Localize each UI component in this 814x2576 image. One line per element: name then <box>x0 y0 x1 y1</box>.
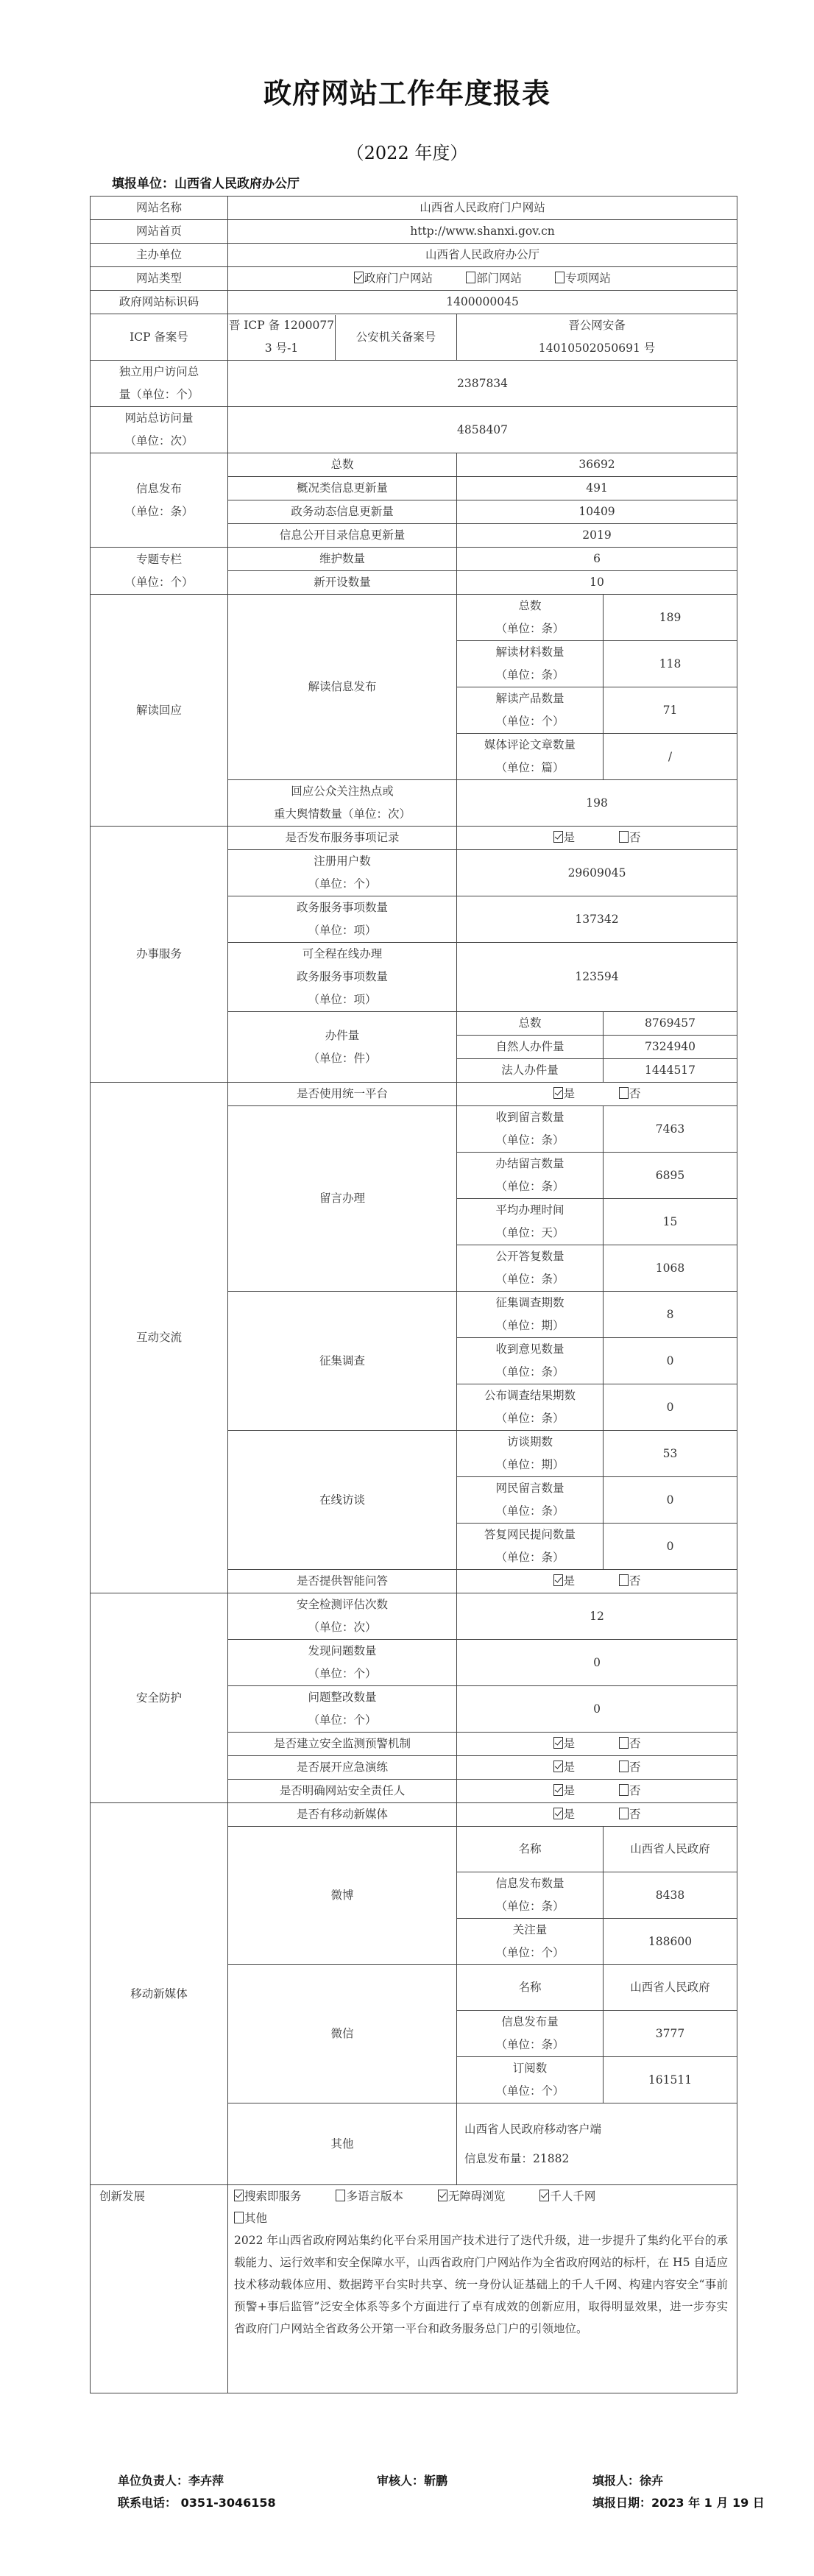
label-line1: 可全程在线办理 <box>231 943 453 966</box>
special-row-label: 维护数量 <box>228 548 457 571</box>
checkbox-empty-icon[interactable] <box>619 1737 629 1749</box>
online-value: 123594 <box>457 943 737 1012</box>
label-line2: （单位：个） <box>460 2080 600 2103</box>
checkbox-checked-icon[interactable] <box>539 2190 549 2201</box>
interview-row-label: 访谈期数（单位：期） <box>457 1431 604 1477</box>
police-value: 晋公网安备 14010502050691 号 <box>457 314 737 361</box>
interp-row-value: 189 <box>604 595 737 641</box>
option-yes[interactable]: 是 <box>553 1756 576 1779</box>
interview-row-value: 53 <box>604 1431 737 1477</box>
label-line1: 答复网民提问数量 <box>460 1524 600 1546</box>
label-line2: （单位：个） <box>231 1663 453 1685</box>
messages-row-label: 收到留言数量（单位：条） <box>457 1106 604 1153</box>
security-row-value: 0 <box>457 1640 737 1686</box>
footer-reviewer: 审核人：靳鹏 <box>377 2471 447 2488</box>
other-media-count: 信息发布量：21882 <box>464 2144 734 2173</box>
special-columns-label: 专题专栏（单位：个） <box>91 548 228 595</box>
interview-row-label: 网民留言数量（单位：条） <box>457 1477 604 1524</box>
footer-phone: 联系电话： 0351-3046158 <box>118 2494 276 2510</box>
response-value: 198 <box>457 780 737 827</box>
label-line2: （单位：期） <box>460 1314 600 1337</box>
label-line1: 公布调查结果期数 <box>460 1384 600 1407</box>
label-line2: （单位：期） <box>460 1454 600 1476</box>
label-line2: （单位：天） <box>460 1222 600 1245</box>
publish-record-options: 是否 <box>457 827 737 850</box>
checkbox-empty-icon[interactable] <box>619 1808 629 1819</box>
info-row-value: 36692 <box>457 453 737 477</box>
pv-label-line1: 网站总访问量 <box>93 407 224 430</box>
wechat-label: 微信 <box>228 1965 457 2103</box>
label-line2: （单位：条） <box>460 2034 600 2056</box>
label-line2: 政务服务事项数量 <box>231 966 453 988</box>
site-type-options: 政府门户网站 部门网站 专项网站 <box>228 267 737 291</box>
option-yes[interactable]: 是 <box>553 1803 576 1826</box>
label-line1: 问题整改数量 <box>231 1686 453 1709</box>
label-line1: 发现问题数量 <box>231 1640 453 1663</box>
innovation-label: 创新发展 <box>91 2185 228 2393</box>
option-no[interactable]: 否 <box>619 1780 641 1802</box>
checkbox-empty-icon[interactable] <box>619 1087 629 1099</box>
police-line2: 14010502050691 号 <box>460 337 734 360</box>
other-media-value: 山西省人民政府移动客户端 信息发布量：21882 <box>457 2103 737 2185</box>
pv-label: 网站总访问量（单位：次） <box>91 407 228 453</box>
info-row-value: 2019 <box>457 524 737 548</box>
wechat-row-label: 信息发布量（单位：条） <box>457 2011 604 2057</box>
other-media-label: 其他 <box>228 2103 457 2185</box>
weibo-row-value: 8438 <box>604 1872 737 1919</box>
security-check-label: 是否建立安全监测预警机制 <box>228 1733 457 1756</box>
new-media-label: 移动新媒体 <box>91 1803 228 2185</box>
has-new-media-options: 是否 <box>457 1803 737 1827</box>
checkbox-empty-icon[interactable] <box>555 272 565 283</box>
label-line1: 公开答复数量 <box>460 1245 600 1268</box>
label-line1: 解读产品数量 <box>460 687 600 710</box>
publish-record-label: 是否发布服务事项记录 <box>228 827 457 850</box>
label-line1: 征集调查期数 <box>460 1292 600 1314</box>
interaction-row: 互动交流 是否使用统一平台 是否 <box>91 1083 737 1106</box>
security-label: 安全防护 <box>91 1593 228 1803</box>
survey-label: 征集调查 <box>228 1292 457 1431</box>
label-line2: （单位：条） <box>460 1129 600 1152</box>
row-icp: ICP 备案号 晋 ICP 备 12000773 号-1 公安机关备案号 晋公网… <box>91 314 737 361</box>
cases-row-value: 7324940 <box>604 1036 737 1059</box>
site-type-label: 网站类型 <box>91 267 228 291</box>
footer-date: 填报日期：2023 年 1 月 19 日 <box>592 2494 765 2510</box>
uv-value: 2387834 <box>228 361 737 407</box>
special-label-line1: 专题专栏 <box>93 548 224 571</box>
option-no[interactable]: 否 <box>619 1570 641 1593</box>
row-site-type: 网站类型 政府门户网站 部门网站 专项网站 <box>91 267 737 291</box>
homepage-value: http://www.shanxi.gov.cn <box>228 220 737 244</box>
id-code-label: 政府网站标识码 <box>91 291 228 314</box>
checkbox-checked-icon[interactable] <box>354 272 364 283</box>
label-line1: 信息发布量 <box>460 2011 600 2034</box>
label-line1: 媒体评论文章数量 <box>460 734 600 757</box>
uv-label: 独立用户访问总量（单位：个） <box>91 361 228 407</box>
security-row-value: 0 <box>457 1686 737 1733</box>
label-line1: 关注量 <box>460 1919 600 1942</box>
label-line2: （单位：个） <box>460 1942 600 1964</box>
checkbox-empty-icon[interactable] <box>336 2190 345 2201</box>
users-label: 注册用户数（单位：个） <box>228 850 457 896</box>
icp-value: 晋 ICP 备 12000773 号-1 公安机关备案号 <box>228 314 457 361</box>
option-no[interactable]: 否 <box>619 1756 641 1779</box>
security-row-label: 安全检测评估次数（单位：次） <box>228 1593 457 1640</box>
report-title: 政府网站工作年度报表 <box>0 71 814 111</box>
qa-label: 是否提供智能问答 <box>228 1570 457 1593</box>
label-line2: （单位：次） <box>231 1616 453 1639</box>
checkbox-empty-icon[interactable] <box>619 1574 629 1586</box>
survey-row-label: 收到意见数量（单位：条） <box>457 1338 604 1384</box>
platform-label: 是否使用统一平台 <box>228 1083 457 1106</box>
qa-options: 是否 <box>457 1570 737 1593</box>
site-name-value: 山西省人民政府门户网站 <box>228 197 737 220</box>
services-row: 办事服务 是否发布服务事项记录 是否 <box>91 827 737 850</box>
items-label: 政务服务事项数量（单位：项） <box>228 896 457 943</box>
interpretation-label: 解读回应 <box>91 595 228 827</box>
sponsor-value: 山西省人民政府办公厅 <box>228 244 737 267</box>
checkbox-checked-icon[interactable] <box>553 1574 563 1586</box>
survey-row-label: 征集调查期数（单位：期） <box>457 1292 604 1338</box>
label-line1: 办结留言数量 <box>460 1153 600 1175</box>
label-line1: 收到意见数量 <box>460 1338 600 1361</box>
label-line3: （单位：项） <box>231 988 453 1011</box>
checkbox-empty-icon[interactable] <box>619 831 629 843</box>
info-publish-label-line2: （单位：条） <box>93 500 224 523</box>
label-line1: 访谈期数 <box>460 1431 600 1454</box>
type-option-special[interactable]: 专项网站 <box>555 267 611 290</box>
pv-value: 4858407 <box>228 407 737 453</box>
special-row-value: 6 <box>457 548 737 571</box>
pv-label-line2: （单位：次） <box>93 430 224 453</box>
label-line1: 信息发布数量 <box>460 1872 600 1895</box>
special-row-value: 10 <box>457 571 737 595</box>
security-row: 安全防护 安全检测评估次数（单位：次） 12 <box>91 1593 737 1640</box>
weibo-row-label: 关注量（单位：个） <box>457 1919 604 1965</box>
weibo-label: 微博 <box>228 1827 457 1965</box>
messages-row-label: 平均办理时间（单位：天） <box>457 1199 604 1245</box>
info-publish-label: 信息发布（单位：条） <box>91 453 228 548</box>
cases-row-value: 1444517 <box>604 1059 737 1083</box>
weibo-row-value: 山西省人民政府 <box>604 1827 737 1872</box>
option-yes[interactable]: 是 <box>553 827 576 849</box>
weibo-row-label: 名称 <box>457 1827 604 1872</box>
innovation-option[interactable]: 千人千网 <box>539 2185 595 2207</box>
row-id-code: 政府网站标识码 1400000045 <box>91 291 737 314</box>
wechat-row-value: 161511 <box>604 2057 737 2103</box>
interview-row-value: 0 <box>604 1477 737 1524</box>
info-row-label: 概况类信息更新量 <box>228 477 457 500</box>
has-new-media-label: 是否有移动新媒体 <box>228 1803 457 1827</box>
checkbox-checked-icon[interactable] <box>553 831 563 843</box>
cases-row-label: 法人办件量 <box>457 1059 604 1083</box>
interp-row-value: 71 <box>604 687 737 734</box>
id-code-value: 1400000045 <box>228 291 737 314</box>
info-publish-label-line1: 信息发布 <box>93 478 224 500</box>
interp-row-label: 总数（单位：条） <box>457 595 604 641</box>
option-yes[interactable]: 是 <box>553 1733 576 1755</box>
checkbox-checked-icon[interactable] <box>553 1087 563 1099</box>
services-label: 办事服务 <box>91 827 228 1083</box>
label-line2: （单位：个） <box>231 873 453 896</box>
option-no[interactable]: 否 <box>619 1733 641 1755</box>
label-line1: 总数 <box>460 595 600 618</box>
info-row-value: 491 <box>457 477 737 500</box>
filling-unit: 填报单位：山西省人民政府办公厅 <box>112 173 300 191</box>
label-line2: （单位：条） <box>460 664 600 687</box>
other-media-name: 山西省人民政府移动客户端 <box>464 2115 734 2144</box>
type-option-portal[interactable]: 政府门户网站 <box>354 267 433 290</box>
security-check-label: 是否展开应急演练 <box>228 1756 457 1780</box>
checkbox-checked-icon[interactable] <box>234 2190 244 2201</box>
interview-label: 在线访谈 <box>228 1431 457 1570</box>
label-line2: （单位：条） <box>460 1268 600 1291</box>
checkbox-empty-icon[interactable] <box>619 1784 629 1796</box>
label-line2: （单位：条） <box>460 1546 600 1569</box>
innovation-description: 2022 年山西省政府网站集约化平台采用国产技术进行了迭代升级，进一步提升了集约… <box>234 2229 732 2340</box>
wechat-row-label: 名称 <box>457 1965 604 2011</box>
footer-filler: 填报人：徐卉 <box>592 2471 663 2488</box>
security-check-options: 是否 <box>457 1780 737 1803</box>
report-table: 网站名称 山西省人民政府门户网站 网站首页 http://www.shanxi.… <box>90 196 737 2393</box>
label-line2: （单位：条） <box>460 1175 600 1198</box>
messages-row-value: 6895 <box>604 1153 737 1199</box>
info-row-label: 总数 <box>228 453 457 477</box>
row-homepage: 网站首页 http://www.shanxi.gov.cn <box>91 220 737 244</box>
label-line2: （单位：个） <box>231 1709 453 1732</box>
label-line2: （单位：项） <box>231 919 453 942</box>
security-row-label: 问题整改数量（单位：个） <box>228 1686 457 1733</box>
checkbox-checked-icon[interactable] <box>553 1737 563 1749</box>
interp-row-value: / <box>604 734 737 780</box>
interaction-label: 互动交流 <box>91 1083 228 1593</box>
uv-label-line1: 独立用户访问总 <box>93 361 224 383</box>
option-no[interactable]: 否 <box>619 1803 641 1826</box>
cases-row-value: 8769457 <box>604 1012 737 1036</box>
items-value: 137342 <box>457 896 737 943</box>
checkbox-checked-icon[interactable] <box>438 2190 447 2201</box>
police-line1: 晋公网安备 <box>460 314 734 337</box>
option-yes[interactable]: 是 <box>553 1570 576 1593</box>
users-value: 29609045 <box>457 850 737 896</box>
cases-row-label: 自然人办件量 <box>457 1036 604 1059</box>
label-line1: 安全检测评估次数 <box>231 1593 453 1616</box>
label-line2: 重大舆情数量（单位：次） <box>231 803 453 826</box>
checkbox-checked-icon[interactable] <box>553 1808 563 1819</box>
checkbox-empty-icon[interactable] <box>234 2212 244 2223</box>
report-year: （2022 年度） <box>0 138 814 164</box>
label-line1: 政务服务事项数量 <box>231 896 453 919</box>
label-line1: 办件量 <box>231 1025 453 1047</box>
cases-row-label: 总数 <box>457 1012 604 1036</box>
security-row-label: 发现问题数量（单位：个） <box>228 1640 457 1686</box>
interp-row-label: 解读材料数量（单位：条） <box>457 641 604 687</box>
survey-row-value: 8 <box>604 1292 737 1338</box>
security-check-options: 是否 <box>457 1733 737 1756</box>
weibo-row-value: 188600 <box>604 1919 737 1965</box>
messages-row-value: 1068 <box>604 1245 737 1292</box>
security-check-label: 是否明确网站安全责任人 <box>228 1780 457 1803</box>
response-label: 回应公众关注热点或重大舆情数量（单位：次） <box>228 780 457 827</box>
option-no[interactable]: 否 <box>619 827 641 849</box>
survey-row-value: 0 <box>604 1384 737 1431</box>
info-row-label: 信息公开目录信息更新量 <box>228 524 457 548</box>
messages-row-value: 7463 <box>604 1106 737 1153</box>
innovation-option[interactable]: 多语言版本 <box>336 2185 403 2207</box>
interp-row-label: 媒体评论文章数量（单位：篇） <box>457 734 604 780</box>
online-label: 可全程在线办理政务服务事项数量（单位：项） <box>228 943 457 1012</box>
label-line1: 回应公众关注热点或 <box>231 780 453 803</box>
row-unique-visitors: 独立用户访问总量（单位：个） 2387834 <box>91 361 737 407</box>
messages-row-label: 公开答复数量（单位：条） <box>457 1245 604 1292</box>
label-line2: （单位：条） <box>460 1895 600 1918</box>
cases-label: 办件量（单位：件） <box>228 1012 457 1083</box>
new-media-row: 移动新媒体 是否有移动新媒体 是否 <box>91 1803 737 1827</box>
label-line2: （单位：个） <box>460 710 600 733</box>
label-line2: （单位：篇） <box>460 757 600 779</box>
checkbox-checked-icon[interactable] <box>553 1784 563 1796</box>
label-line2: （单位：条） <box>460 618 600 640</box>
label-line2: （单位：条） <box>460 1407 600 1430</box>
label-line1: 收到留言数量 <box>460 1106 600 1129</box>
option-yes[interactable]: 是 <box>553 1083 576 1105</box>
police-label: 公安机关备案号 <box>336 315 456 360</box>
weibo-row-label: 信息发布数量（单位：条） <box>457 1872 604 1919</box>
info-row-label: 政务动态信息更新量 <box>228 500 457 524</box>
type-option-department[interactable]: 部门网站 <box>466 267 522 290</box>
row-sponsor: 主办单位 山西省人民政府办公厅 <box>91 244 737 267</box>
interpretation-sub-label: 解读信息发布 <box>228 595 457 780</box>
uv-label-line2: 量（单位：个） <box>93 383 224 406</box>
checkbox-empty-icon[interactable] <box>466 272 475 283</box>
label-line2: （单位：条） <box>460 1361 600 1384</box>
security-row-value: 12 <box>457 1593 737 1640</box>
innovation-content: 搜索即服务 多语言版本 无障碍浏览 千人千网 其他 2022 年山西省政府网站集… <box>228 2185 737 2393</box>
interp-row-value: 118 <box>604 641 737 687</box>
innovation-row: 创新发展 搜索即服务 多语言版本 无障碍浏览 千人千网 其他 2022 年山西省… <box>91 2185 737 2393</box>
special-label-line2: （单位：个） <box>93 571 224 594</box>
label-line2: （单位：条） <box>460 1500 600 1523</box>
site-name-label: 网站名称 <box>91 197 228 220</box>
security-check-options: 是否 <box>457 1756 737 1780</box>
info-row-value: 10409 <box>457 500 737 524</box>
survey-row-label: 公布调查结果期数（单位：条） <box>457 1384 604 1431</box>
innovation-option[interactable]: 其他 <box>234 2207 267 2229</box>
platform-options: 是否 <box>457 1083 737 1106</box>
interview-row-label: 答复网民提问数量（单位：条） <box>457 1524 604 1570</box>
row-site-name: 网站名称 山西省人民政府门户网站 <box>91 197 737 220</box>
interp-row: 解读回应 解读信息发布 总数（单位：条） 189 <box>91 595 737 641</box>
icp-label: ICP 备案号 <box>91 314 228 361</box>
messages-row-value: 15 <box>604 1199 737 1245</box>
survey-row-value: 0 <box>604 1338 737 1384</box>
icp-number: 晋 ICP 备 12000773 号-1 <box>228 315 336 360</box>
wechat-row-value: 3777 <box>604 2011 737 2057</box>
footer-head: 单位负责人：李卉萍 <box>118 2471 224 2488</box>
label-line1: 注册用户数 <box>231 850 453 873</box>
label-line1: 解读材料数量 <box>460 641 600 664</box>
label-line1: 平均办理时间 <box>460 1199 600 1222</box>
sponsor-label: 主办单位 <box>91 244 228 267</box>
info-row: 信息发布（单位：条） 总数 36692 <box>91 453 737 477</box>
wechat-row-value: 山西省人民政府 <box>604 1965 737 2011</box>
innovation-option[interactable]: 搜索即服务 <box>234 2185 302 2207</box>
row-page-views: 网站总访问量（单位：次） 4858407 <box>91 407 737 453</box>
option-no[interactable]: 否 <box>619 1083 641 1105</box>
homepage-label: 网站首页 <box>91 220 228 244</box>
interp-row-label: 解读产品数量（单位：个） <box>457 687 604 734</box>
special-row-label: 新开设数量 <box>228 571 457 595</box>
wechat-row-label: 订阅数（单位：个） <box>457 2057 604 2103</box>
interview-row-value: 0 <box>604 1524 737 1570</box>
messages-label: 留言办理 <box>228 1106 457 1292</box>
option-yes[interactable]: 是 <box>553 1780 576 1802</box>
label-line1: 订阅数 <box>460 2057 600 2080</box>
checkbox-empty-icon[interactable] <box>619 1761 629 1772</box>
label-line2: （单位：件） <box>231 1047 453 1070</box>
innovation-option[interactable]: 无障碍浏览 <box>438 2185 506 2207</box>
label-line1: 网民留言数量 <box>460 1477 600 1500</box>
checkbox-checked-icon[interactable] <box>553 1761 563 1772</box>
special-row: 专题专栏（单位：个） 维护数量 6 <box>91 548 737 571</box>
messages-row-label: 办结留言数量（单位：条） <box>457 1153 604 1199</box>
